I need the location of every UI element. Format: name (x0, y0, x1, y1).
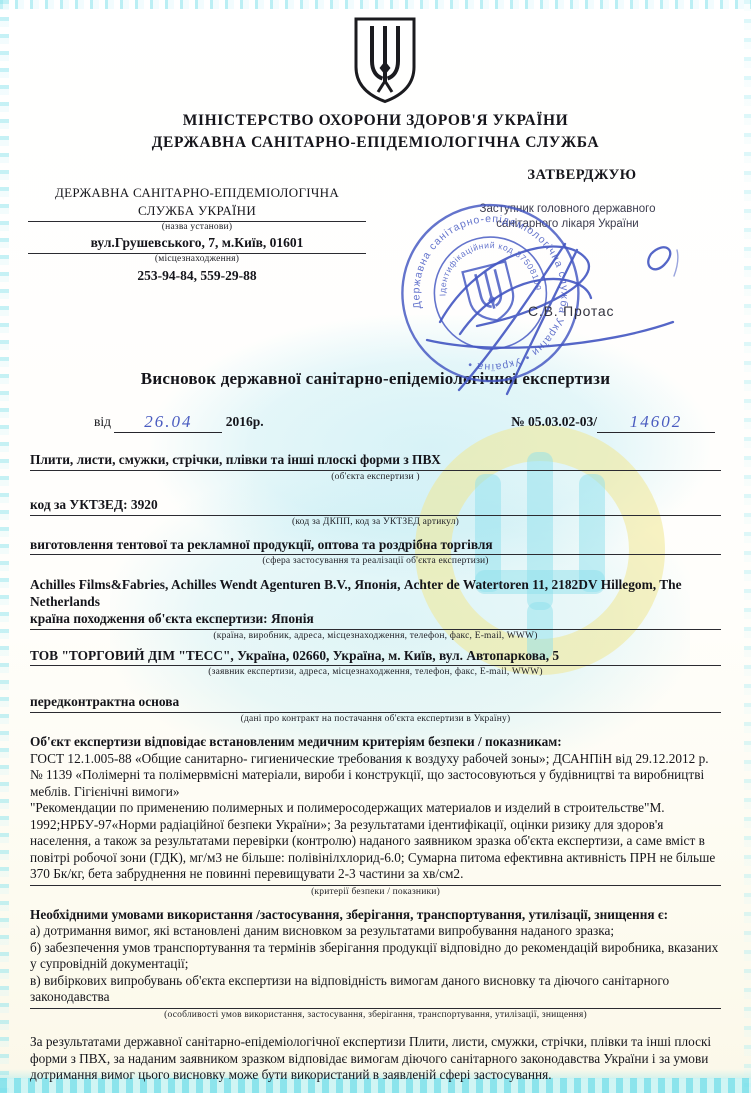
condition-item-a: а) дотримання вимог, які встановлені дан… (30, 923, 721, 939)
year-suffix: 2016р. (226, 414, 264, 429)
date-number-row: від 26.04 2016р. № 05.03.02-03/14602 (30, 411, 715, 432)
issuer-block: ДЕРЖАВНА САНІТАРНО-ЕПІДЕМІОЛОГІЧНА СЛУЖБ… (28, 184, 366, 284)
ukraine-trident-emblem-icon (350, 15, 420, 110)
date-field: від 26.04 2016р. (30, 411, 264, 432)
conclusion-paragraph: За результатами державної санітарно-епід… (30, 1034, 721, 1083)
guilloche-edge-top (0, 0, 751, 9)
criteria-paragraph2: "Рекомендации по применению полимерных и… (30, 800, 721, 882)
code-value: код за УКТЗЕД: 3920 (30, 497, 721, 516)
criteria-caption: (критерії безпеки / показники) (30, 887, 721, 899)
conditions-text: Необхідними умовами використання /застос… (30, 907, 721, 1009)
conditions-caption: (особливості умов використання, застосув… (30, 1010, 721, 1022)
object-value: Плити, листи, смужки, стрічки, плівки та… (30, 452, 721, 471)
applicant-caption: (заявник експертизи, адреса, місцезнаход… (30, 667, 721, 679)
guilloche-edge-right (744, 0, 751, 1093)
issuer-name-caption: (назва установи) (28, 222, 366, 232)
field-code: код за УКТЗЕД: 3920 (код за ДКПП, код за… (30, 497, 721, 528)
approve-label: ЗАТВЕРДЖУЮ (462, 167, 702, 184)
object-caption: (об'єкта експертизи ) (30, 472, 721, 484)
code-caption: (код за ДКПП, код за УКТЗЕД артикул) (30, 517, 721, 529)
number-prefix: № 05.03.02-03/ (511, 414, 597, 429)
field-object: Плити, листи, смужки, стрічки, плівки та… (30, 452, 721, 483)
ministry-line2: ДЕРЖАВНА САНІТАРНО-ЕПІДЕМІОЛОГІЧНА СЛУЖБ… (0, 132, 751, 154)
scope-caption: (сфера застосування та реалізації об'єкт… (30, 556, 721, 568)
expertise-conclusion-document: МІНІСТЕРСТВО ОХОРОНИ ЗДОРОВ'Я УКРАЇНИ ДЕ… (0, 0, 751, 1093)
manufacturer-value: Achilles Films&Fabries, Achilles Wendt A… (30, 577, 721, 611)
field-applicant: ТОВ "ТОРГОВИЙ ДІМ "ТЕСС", Україна, 02660… (30, 648, 721, 679)
field-scope: виготовлення тентової та рекламної проду… (30, 537, 721, 568)
handwritten-date: 26.04 (114, 412, 222, 433)
handwritten-number: 14602 (597, 412, 715, 433)
issuer-address: вул.Грушевського, 7, м.Київ, 01601 (28, 235, 366, 254)
condition-item-b: б) забезпечення умов транспортування та … (30, 940, 721, 973)
issuer-address-caption: (місцезнаходження) (28, 254, 366, 264)
applicant-value: ТОВ "ТОРГОВИЙ ДІМ "ТЕСС", Україна, 02660… (30, 648, 721, 667)
date-prefix: від (94, 414, 111, 429)
issuer-name: ДЕРЖАВНА САНІТАРНО-ЕПІДЕМІОЛОГІЧНА СЛУЖБ… (28, 184, 366, 222)
contract-caption: (дані про контракт на постачання об'єкта… (30, 714, 721, 726)
ministry-line1: МІНІСТЕРСТВО ОХОРОНИ ЗДОРОВ'Я УКРАЇНИ (0, 110, 751, 132)
guilloche-edge-left (0, 0, 9, 1093)
approver-name: С.В. Протас (528, 303, 678, 319)
number-field: № 05.03.02-03/14602 (511, 411, 715, 432)
criteria-lead: Об'єкт експертизи відповідає встановлени… (30, 734, 721, 750)
criteria-paragraph1: ГОСТ 12.1.005-88 «Общие санитарно- гигие… (30, 751, 721, 800)
contract-value: передконтрактна основа (30, 694, 721, 713)
issuer-name-line1: ДЕРЖАВНА САНІТАРНО-ЕПІДЕМІОЛОГІЧНА (28, 184, 366, 202)
ministry-header: МІНІСТЕРСТВО ОХОРОНИ ЗДОРОВ'Я УКРАЇНИ ДЕ… (0, 110, 751, 154)
conditions-lead: Необхідними умовами використання /застос… (30, 907, 721, 923)
manufacturer-caption: (країна, виробник, адреса, місцезнаходже… (30, 631, 721, 643)
document-body: Плити, листи, смужки, стрічки, плівки та… (30, 452, 721, 1084)
scope-value: виготовлення тентової та рекламної проду… (30, 537, 721, 556)
issuer-name-line2: СЛУЖБА УКРАЇНИ (28, 202, 366, 220)
issuer-phones: 253-94-84, 559-29-88 (28, 268, 366, 284)
condition-item-v: в) вибіркових випробувань об'єкта експер… (30, 973, 721, 1006)
field-manufacturer: Achilles Films&Fabries, Achilles Wendt A… (30, 577, 721, 643)
conditions-section: Необхідними умовами використання /застос… (30, 907, 721, 1022)
criteria-section: Об'єкт експертизи відповідає встановлени… (30, 734, 721, 898)
origin-value: країна походження об'єкта експертизи: Яп… (30, 611, 721, 630)
field-contract: передконтрактна основа (дані про контрак… (30, 694, 721, 725)
criteria-text: Об'єкт експертизи відповідає встановлени… (30, 734, 721, 885)
